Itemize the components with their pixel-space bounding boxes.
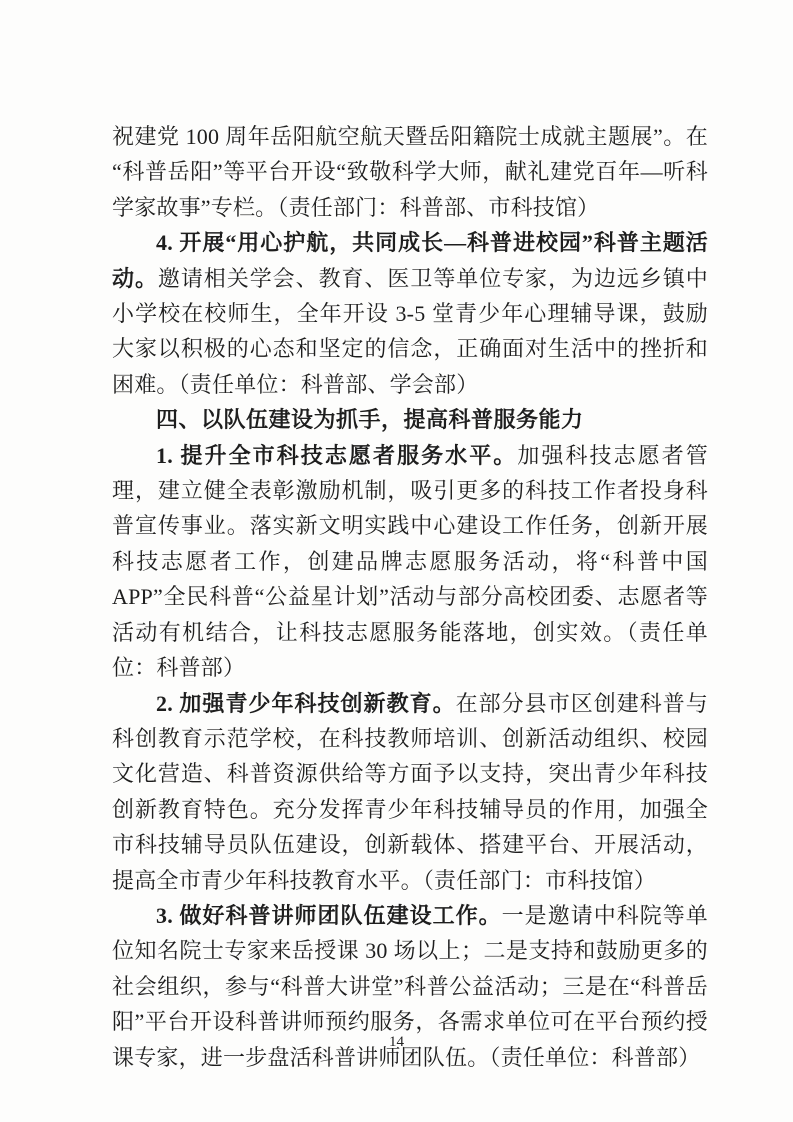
- section-heading: 四、以队伍建设为抓手，提高科普服务能力: [112, 402, 708, 437]
- body-run: 加强科技志愿者管理，建立健全表彰激励机制，吸引更多的科技工作者投身科普宣传事业。…: [112, 443, 708, 645]
- page-number: 14: [0, 1034, 793, 1051]
- lead-run: 3. 做好科普讲师团队伍建设工作。: [156, 903, 502, 928]
- paragraph: 祝建党 100 周年岳阳航空航天暨岳阳籍院士成就主题展”。在“科普岳阳”等平台开…: [112, 119, 708, 225]
- resp-run: （责任部门：市科技馆）: [423, 868, 656, 893]
- document-page: 祝建党 100 周年岳阳航空航天暨岳阳籍院士成就主题展”。在“科普岳阳”等平台开…: [0, 0, 793, 1122]
- paragraph: 4. 开展“用心护航，共同成长—科普进校园”科普主题活动。邀请相关学会、教育、医…: [112, 225, 708, 402]
- paragraph: 2. 加强青少年科技创新教育。在部分县市区创建科普与科创教育示范学校，在科技教师…: [112, 686, 708, 898]
- heading-run: 四、以队伍建设为抓手，提高科普服务能力: [156, 407, 584, 432]
- resp-run: （责任单位：科普部、学会部）: [179, 372, 479, 397]
- document-text: 祝建党 100 周年岳阳航空航天暨岳阳籍院士成就主题展”。在“科普岳阳”等平台开…: [112, 119, 708, 1075]
- lead-run: 2. 加强青少年科技创新教育。: [156, 691, 456, 716]
- lead-run: 1. 提升全市科技志愿者服务水平。: [156, 443, 517, 468]
- body-run: 在部分县市区创建科普与科创教育示范学校，在科技教师培训、创新活动组织、校园文化营…: [112, 691, 708, 893]
- resp-run: （责任部门：科普部、市科技馆）: [277, 195, 599, 220]
- paragraph: 1. 提升全市科技志愿者服务水平。加强科技志愿者管理，建立健全表彰激励机制，吸引…: [112, 438, 708, 686]
